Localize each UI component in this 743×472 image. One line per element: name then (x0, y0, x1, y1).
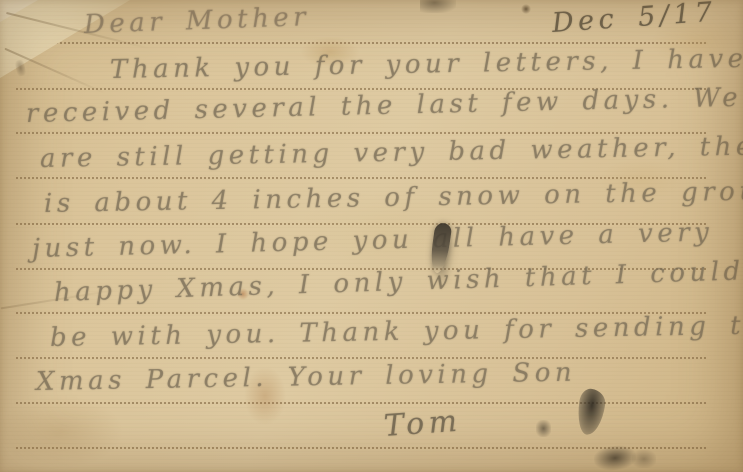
letter-line: is about 4 inches of snow on the ground (44, 178, 743, 217)
graphite-smudge (632, 450, 656, 468)
letter-line: be with you. Thank you for sending the (50, 312, 743, 351)
letter-line: just now. I hope you all have a very (32, 219, 714, 262)
letter-line: Thank you for your letters, I have (110, 46, 743, 83)
salutation: Dear Mother (84, 4, 311, 38)
letter-line: Xmas Parcel. Your loving Son (36, 360, 577, 395)
graphite-smudge (420, 0, 456, 13)
letter-line: received several the last few days. We (26, 85, 743, 127)
graphite-smudge (575, 387, 607, 436)
ruled-line (16, 402, 706, 404)
ruled-line (16, 447, 706, 449)
graphite-smudge (536, 420, 551, 437)
signature: Tom (383, 407, 463, 442)
date: Dec 5/17 (551, 0, 717, 37)
letter-scan: Dear Mother Dec 5/17 Thank you for your … (0, 0, 743, 472)
letter-line: are still getting very bad weather, ther… (40, 133, 743, 172)
letter-line: happy Xmas, I only wish that I could (54, 258, 743, 306)
ruled-line (16, 357, 706, 359)
